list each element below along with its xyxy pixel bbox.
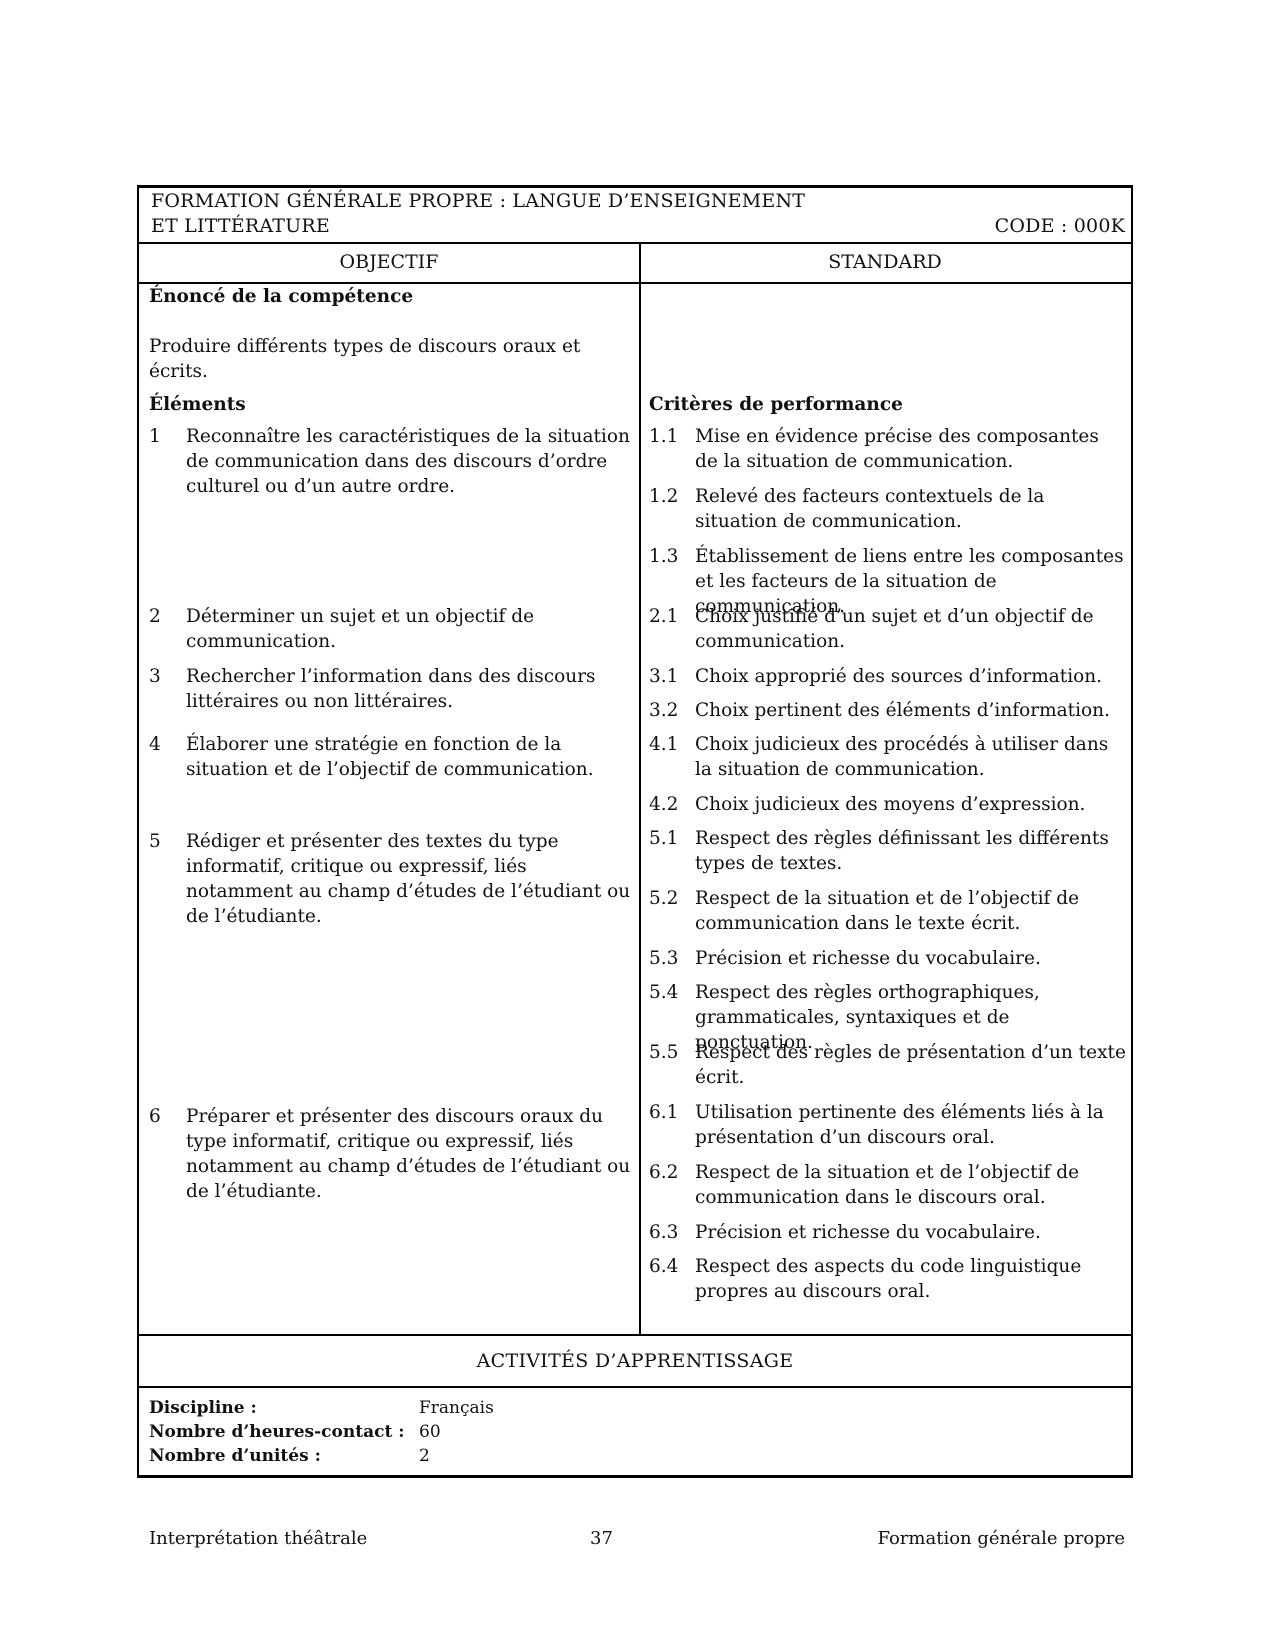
critere-text: Respect des règles de présentation d’un … bbox=[695, 1040, 1127, 1090]
critere-number: 4.1 bbox=[649, 732, 678, 757]
critere-number: 5.5 bbox=[649, 1040, 678, 1065]
course-code: CODE : 000K bbox=[995, 215, 1125, 237]
table-title-line2: ET LITTÉRATURE bbox=[151, 215, 330, 237]
competency-table: FORMATION GÉNÉRALE PROPRE : LANGUE D’ENS… bbox=[137, 185, 1133, 1478]
critere-number: 5.1 bbox=[649, 826, 678, 851]
element-number: 1 bbox=[149, 424, 161, 449]
critere-number: 5.4 bbox=[649, 980, 678, 1005]
discipline-value: Français bbox=[419, 1396, 494, 1420]
critere-text: Choix judicieux des moyens d’expression. bbox=[695, 792, 1127, 817]
critere-text: Précision et richesse du vocabulaire. bbox=[695, 1220, 1127, 1245]
units-label: Nombre d’unités : bbox=[149, 1444, 321, 1468]
element-number: 5 bbox=[149, 829, 161, 854]
hours-label: Nombre d’heures-contact : bbox=[149, 1420, 405, 1444]
critere-text: Mise en évidence précise des composantes… bbox=[695, 424, 1127, 474]
enonce-text: Produire différents types de discours or… bbox=[149, 334, 631, 384]
critere-text: Choix pertinent des éléments d’informati… bbox=[695, 698, 1127, 723]
critere-number: 4.2 bbox=[649, 792, 678, 817]
discipline-label: Discipline : bbox=[149, 1396, 257, 1420]
critere-number: 6.1 bbox=[649, 1100, 678, 1125]
critere-text: Relevé des facteurs contextuels de la si… bbox=[695, 484, 1127, 534]
element-number: 4 bbox=[149, 732, 161, 757]
critere-text: Précision et richesse du vocabulaire. bbox=[695, 946, 1127, 971]
enonce-heading: Énoncé de la compétence bbox=[149, 284, 631, 309]
critere-text: Respect des règles définissant les diffé… bbox=[695, 826, 1127, 876]
element-text: Reconnaître les caractéristiques de la s… bbox=[186, 424, 631, 499]
column-header-standard: STANDARD bbox=[639, 242, 1131, 284]
column-header-objectif: OBJECTIF bbox=[139, 242, 639, 284]
critere-number: 6.4 bbox=[649, 1254, 678, 1279]
critere-number: 6.3 bbox=[649, 1220, 678, 1245]
critere-number: 1.3 bbox=[649, 544, 678, 569]
units-value: 2 bbox=[419, 1444, 430, 1468]
element-text: Élaborer une stratégie en fonction de la… bbox=[186, 732, 631, 782]
critere-text: Respect de la situation et de l’objectif… bbox=[695, 1160, 1127, 1210]
footer-program: Interprétation théâtrale bbox=[149, 1528, 367, 1549]
elements-heading: Éléments bbox=[149, 392, 631, 417]
element-text: Déterminer un sujet et un objectif de co… bbox=[186, 604, 631, 654]
critere-text: Respect de la situation et de l’objectif… bbox=[695, 886, 1127, 936]
critere-text: Respect des aspects du code linguistique… bbox=[695, 1254, 1127, 1304]
document-page: FORMATION GÉNÉRALE PROPRE : LANGUE D’ENS… bbox=[0, 0, 1275, 1650]
element-number: 2 bbox=[149, 604, 161, 629]
critere-number: 5.2 bbox=[649, 886, 678, 911]
critere-text: Choix justifié d’un sujet et d’un object… bbox=[695, 604, 1127, 654]
column-divider bbox=[639, 242, 641, 1336]
element-number: 6 bbox=[149, 1104, 161, 1129]
critere-number: 3.1 bbox=[649, 664, 678, 689]
element-number: 3 bbox=[149, 664, 161, 689]
page-number: 37 bbox=[590, 1528, 613, 1549]
element-text: Préparer et présenter des discours oraux… bbox=[186, 1104, 631, 1204]
critere-number: 3.2 bbox=[649, 698, 678, 723]
critere-text: Choix approprié des sources d’informatio… bbox=[695, 664, 1127, 689]
table-title-block: FORMATION GÉNÉRALE PROPRE : LANGUE D’ENS… bbox=[139, 188, 1131, 244]
hours-value: 60 bbox=[419, 1420, 441, 1444]
critere-number: 1.1 bbox=[649, 424, 678, 449]
table-title-line1: FORMATION GÉNÉRALE PROPRE : LANGUE D’ENS… bbox=[151, 190, 805, 212]
activities-heading: ACTIVITÉS D’APPRENTISSAGE bbox=[139, 1336, 1131, 1388]
critere-text: Choix judicieux des procédés à utiliser … bbox=[695, 732, 1127, 782]
element-text: Rédiger et présenter des textes du type … bbox=[186, 829, 631, 929]
criteres-heading: Critères de performance bbox=[649, 392, 1127, 417]
critere-number: 6.2 bbox=[649, 1160, 678, 1185]
element-text: Rechercher l’information dans des discou… bbox=[186, 664, 631, 714]
critere-number: 2.1 bbox=[649, 604, 678, 629]
critere-text: Utilisation pertinente des éléments liés… bbox=[695, 1100, 1127, 1150]
footer-section: Formation générale propre bbox=[877, 1528, 1125, 1549]
critere-number: 5.3 bbox=[649, 946, 678, 971]
critere-number: 1.2 bbox=[649, 484, 678, 509]
